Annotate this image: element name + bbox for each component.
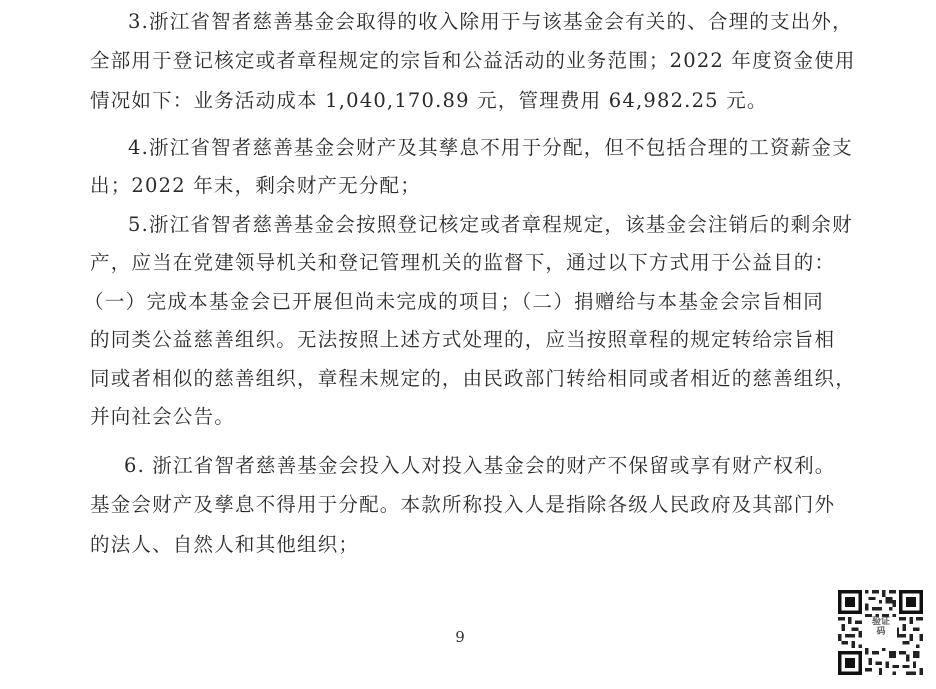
- paragraph-5-line-6: 并向社会公告。: [90, 402, 824, 432]
- paragraph-4-line-2: 出；2022 年末，剩余财产无分配；: [90, 171, 824, 201]
- qr-center-label: 验证 码: [865, 617, 897, 647]
- paragraph-3-line-1: 3.浙江省智者慈善基金会取得的收入除用于与该基金会有关的、合理的支出外，: [128, 7, 824, 37]
- paragraph-6-line-2: 基金会财产及孳息不得用于分配。本款所称投入人是指除各级人民政府及其部门外: [90, 490, 824, 520]
- paragraph-6-line-1: 6. 浙江省智者慈善基金会投入人对投入基金会的财产不保留或享有财产权利。: [124, 451, 824, 481]
- paragraph-5-line-5: 同或者相似的慈善组织，章程未规定的，由民政部门转给相同或者相近的慈善组织，: [90, 364, 824, 394]
- paragraph-6-line-3: 的法人、自然人和其他组织；: [90, 530, 824, 560]
- paragraph-4-line-1: 4.浙江省智者慈善基金会财产及其孳息不用于分配，但不包括合理的工资薪金支: [128, 133, 824, 163]
- paragraph-5-line-2: 产，应当在党建领导机关和登记管理机关的监督下，通过以下方式用于公益目的：: [90, 248, 824, 278]
- paragraph-5-line-4: 的同类公益慈善组织。无法按照上述方式处理的，应当按照章程的规定转给宗旨相: [90, 325, 824, 355]
- qr-code-icon: 验证 码: [838, 590, 923, 675]
- paragraph-5-line-3: （一）完成本基金会已开展但尚未完成的项目；（二）捐赠给与本基金会宗旨相同: [84, 287, 824, 317]
- paragraph-3-line-2: 全部用于登记核定或者章程规定的宗旨和公益活动的业务范围；2022 年度资金使用: [90, 46, 824, 76]
- qr-label-line-2: 码: [865, 627, 897, 637]
- paragraph-5-line-1: 5.浙江省智者慈善基金会按照登记核定或者章程规定，该基金会注销后的剩余财: [128, 210, 824, 240]
- qr-label-line-1: 验证: [865, 617, 897, 627]
- page-number: 9: [452, 628, 468, 646]
- document-page: 3.浙江省智者慈善基金会取得的收入除用于与该基金会有关的、合理的支出外， 全部用…: [0, 0, 936, 689]
- paragraph-3-line-3: 情况如下：业务活动成本 1,040,170.89 元，管理费用 64,982.2…: [90, 86, 824, 116]
